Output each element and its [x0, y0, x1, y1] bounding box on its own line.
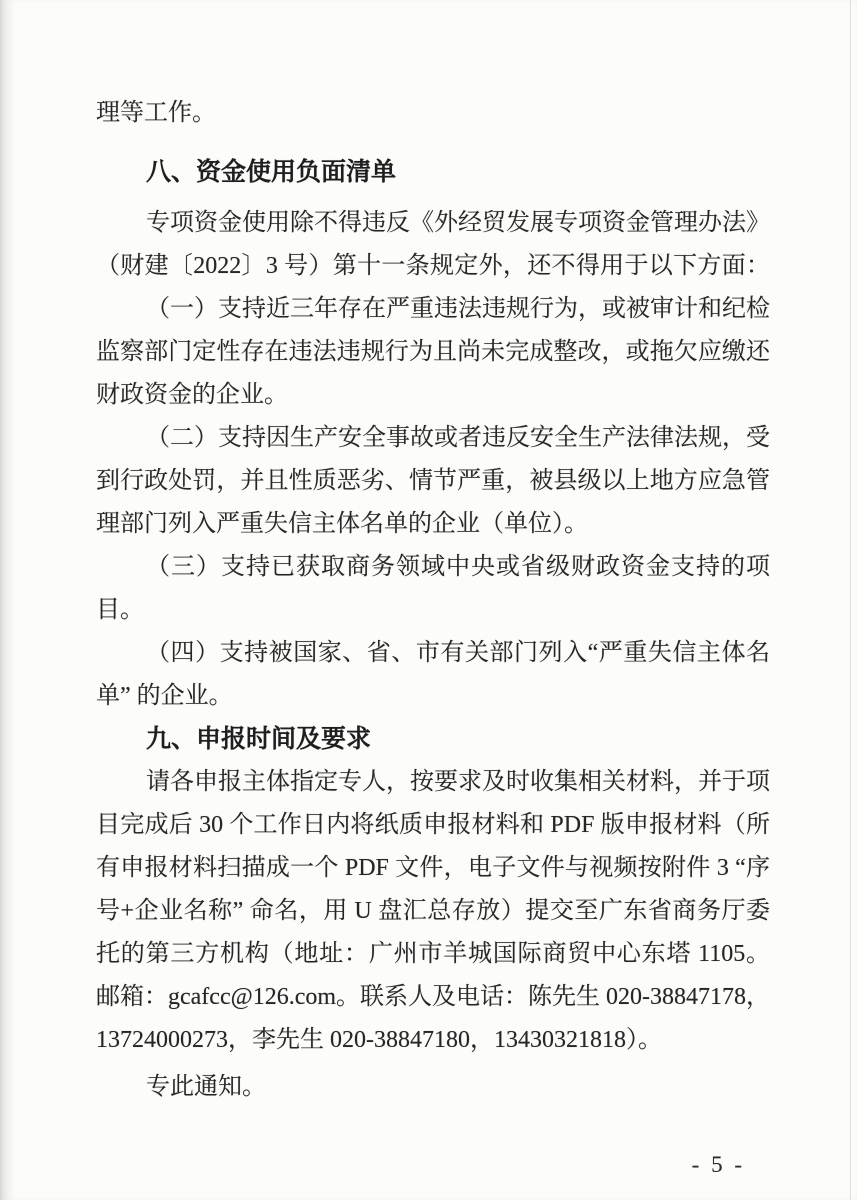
text-line: 理部门列入严重失信主体名单的企业（单位）。 [96, 503, 770, 546]
text-line: 13724000273，李先生 020-38847180，13430321818… [96, 1019, 770, 1062]
section-heading: 八、资金使用负面清单 [96, 151, 770, 194]
text-line: （三）支持已获取商务领域中央或省级财政资金支持的项 [96, 546, 770, 589]
text-line: 号+企业名称” 命名，用 U 盘汇总存放）提交至广东省商务厅委 [96, 890, 770, 933]
document-body: 理等工作。八、资金使用负面清单专项资金使用除不得违反《外经贸发展专项资金管理办法… [96, 92, 770, 1109]
text-line: （财建〔2022〕3 号）第十一条规定外，还不得用于以下方面： [96, 245, 770, 288]
scan-right-edge [850, 0, 851, 1200]
text-line: 托的第三方机构（地址：广州市羊城国际商贸中心东塔 1105。 [96, 933, 770, 976]
page-number: - 5 - [692, 1152, 745, 1178]
text-line: 到行政处罚，并且性质恶劣、情节严重，被县级以上地方应急管 [96, 460, 770, 503]
text-line: 监察部门定性存在违法违规行为且尚未完成整改，或拖欠应缴还 [96, 331, 770, 374]
text-line: （四）支持被国家、省、市有关部门列入“严重失信主体名 [96, 632, 770, 675]
scanned-document-page: 理等工作。八、资金使用负面清单专项资金使用除不得违反《外经贸发展专项资金管理办法… [0, 0, 857, 1200]
text-line: 单” 的企业。 [96, 675, 770, 718]
text-line: 目。 [96, 589, 770, 632]
section-heading: 九、申报时间及要求 [96, 718, 770, 761]
text-line: （一）支持近三年存在严重违法违规行为，或被审计和纪检 [96, 288, 770, 331]
text-line: 目完成后 30 个工作日内将纸质申报材料和 PDF 版申报材料（所 [96, 804, 770, 847]
text-line: 有申报材料扫描成一个 PDF 文件，电子文件与视频按附件 3 “序 [96, 847, 770, 890]
text-line: 专此通知。 [96, 1066, 770, 1109]
text-line: 请各申报主体指定专人，按要求及时收集相关材料，并于项 [96, 761, 770, 804]
text-line: 邮箱：gcafcc@126.com。联系人及电话：陈先生 020-3884717… [96, 976, 770, 1019]
text-line: （二）支持因生产安全事故或者违反安全生产法律法规，受 [96, 417, 770, 460]
scan-left-edge [0, 0, 16, 1200]
text-line: 理等工作。 [96, 92, 770, 135]
text-line: 专项资金使用除不得违反《外经贸发展专项资金管理办法》 [96, 202, 770, 245]
text-line: 财政资金的企业。 [96, 374, 770, 417]
